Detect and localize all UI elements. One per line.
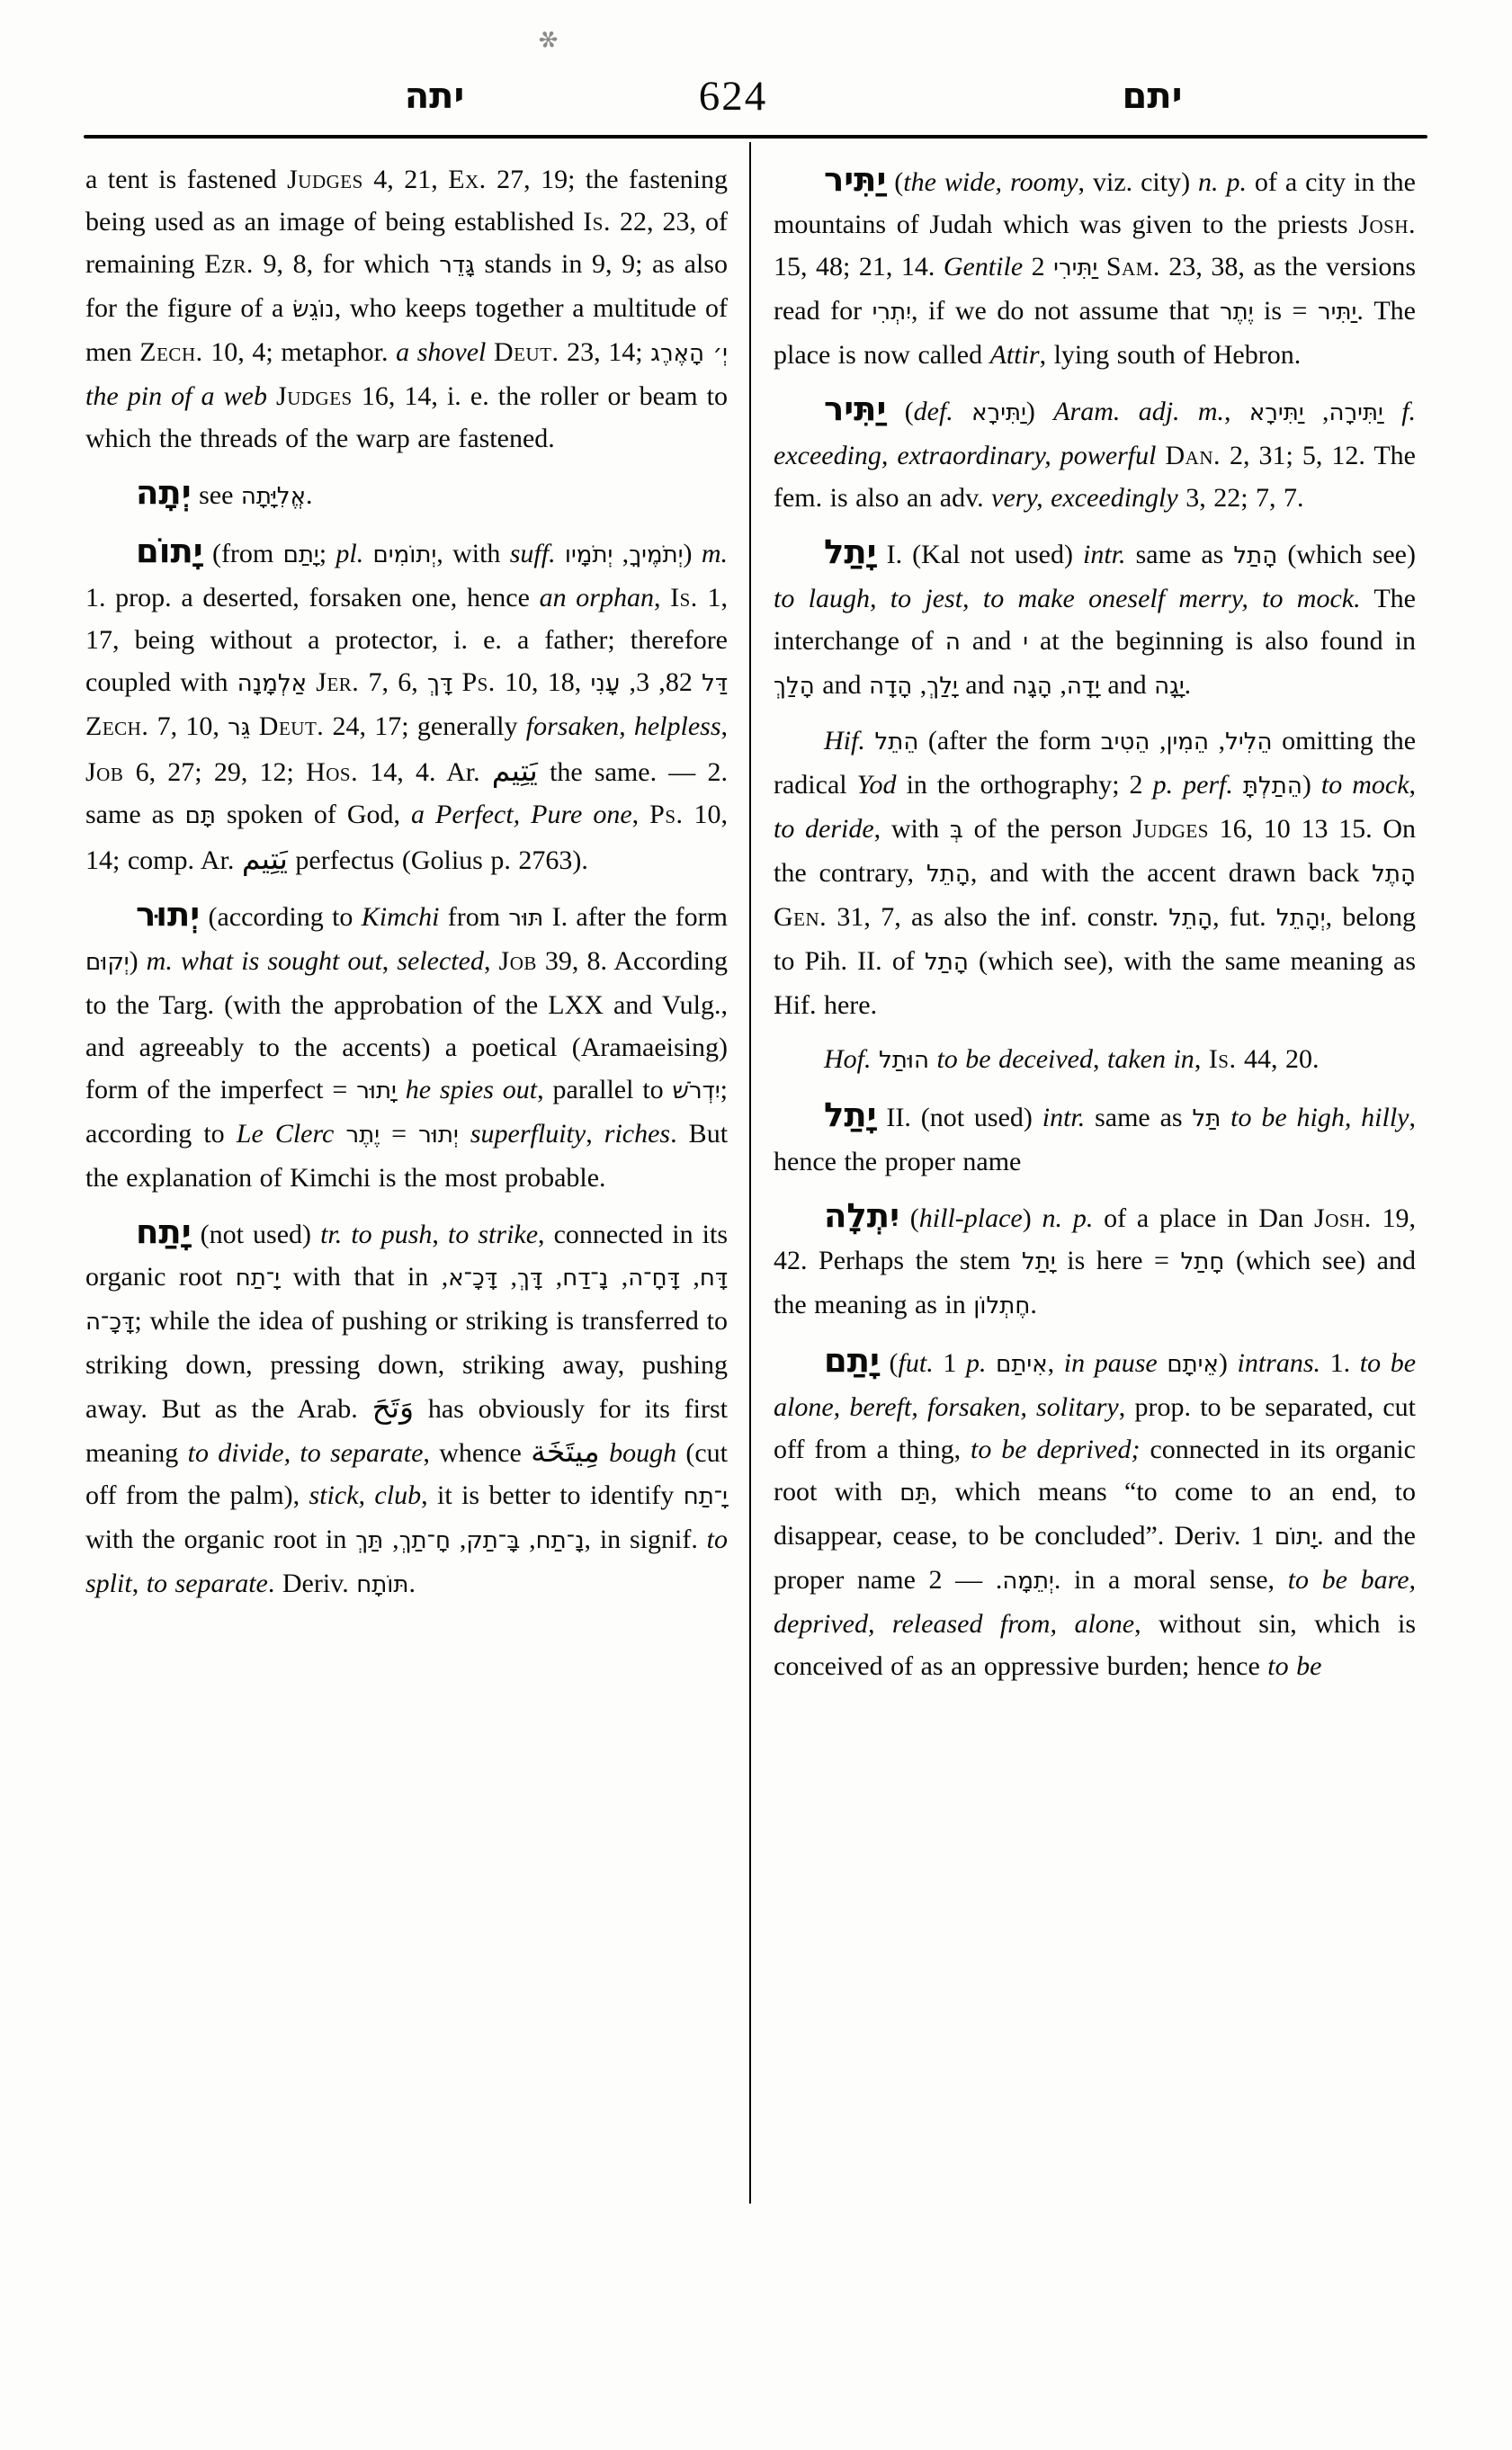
body-text: 7, 6, <box>359 667 427 697</box>
italic-text: to strike <box>448 1220 538 1249</box>
body-text: spoken of God, <box>216 800 411 829</box>
hebrew-headword: יָתוֹם <box>136 532 203 570</box>
body-text <box>1156 441 1165 470</box>
body-text: is here = <box>1056 1246 1181 1275</box>
body-text: 82, 3, <box>620 667 702 697</box>
body-text: . Deriv. <box>268 1569 356 1598</box>
italic-text: m. <box>702 539 728 568</box>
body-text: , <box>451 1525 466 1554</box>
body-text <box>321 1438 330 1468</box>
hebrew-text: יְתוֹמִים <box>373 541 437 568</box>
body-text: = <box>380 1119 418 1149</box>
body-text: from <box>439 902 508 932</box>
hebrew-text: יְהָתֵל <box>1276 905 1326 932</box>
body-text: , <box>1304 397 1329 426</box>
entry-paragraph: יָתַל II. (not used) intr. same as תַּל … <box>774 1094 1416 1183</box>
hebrew-text: אַלְמָנָה <box>237 670 307 697</box>
italic-text: Gentile <box>944 252 1023 282</box>
body-text: , <box>132 1569 147 1598</box>
hebrew-text: הָתֶל <box>1372 861 1416 888</box>
body-text: , <box>632 800 650 829</box>
body-text: at the beginning is also found in <box>1028 626 1416 656</box>
italic-text: intr. <box>1042 1103 1086 1132</box>
body-text: see <box>192 480 241 510</box>
hebrew-text: הֵתַלְתָּ <box>1243 773 1302 800</box>
body-text: , <box>1048 1348 1064 1378</box>
hebrew-text: ה <box>945 629 961 656</box>
italic-text: to be deprived; <box>971 1435 1140 1464</box>
body-text: ) <box>1302 770 1321 800</box>
body-text: , with <box>436 539 509 568</box>
body-text: , <box>432 1220 448 1249</box>
body-text <box>173 946 181 976</box>
reference-abbrev: Josh. <box>1358 210 1416 239</box>
body-text: perfectus (Golius p. 2763). <box>288 845 588 875</box>
entry-paragraph: יַתִּיר (def. יַתִּירָא) Aram. adj. m., … <box>774 388 1416 519</box>
hebrew-text: הָדָה <box>869 673 912 700</box>
hebrew-text: אִיתַם <box>996 1351 1048 1378</box>
reference-abbrev: Deut. <box>494 337 559 367</box>
body-text: 10, 18, <box>496 667 591 697</box>
italic-text: pl. <box>336 539 363 568</box>
hebrew-text: דָּךְ <box>517 1265 542 1292</box>
italic-text: intrans. <box>1237 1348 1320 1378</box>
italic-text: superfluity <box>470 1119 586 1149</box>
hebrew-text: יִדְרֹשׁ <box>673 1077 720 1104</box>
arabic-text: يَتِيم <box>242 841 288 876</box>
hebrew-text: תַּם <box>899 1480 930 1507</box>
entry-paragraph: יָתַם (fut. 1 p. אִיתַם, in pause אֵיתָם… <box>774 1339 1416 1687</box>
body-text: , <box>680 1262 700 1292</box>
body-text: , <box>520 1525 535 1554</box>
body-text: , whence <box>423 1438 531 1468</box>
hebrew-text: יְתֹמָיו <box>565 541 613 568</box>
hebrew-text: יָגָה <box>1154 673 1185 700</box>
body-text: , <box>1093 1044 1107 1074</box>
body-text: and <box>1100 670 1154 700</box>
body-text: 7, 10, <box>148 711 228 741</box>
body-text: . — 2. in a moral sense, <box>929 1565 1288 1595</box>
hebrew-text: הֵמִין <box>1166 729 1209 756</box>
body-text <box>342 1220 351 1249</box>
body-text: same as <box>1085 1103 1192 1132</box>
italic-text: to divide, to <box>188 1438 321 1468</box>
italic-text: what is sought out <box>181 946 382 976</box>
body-text: II. (not used) <box>877 1103 1042 1132</box>
body-text: , it is better to identify <box>421 1480 684 1510</box>
body-text <box>363 539 372 568</box>
italic-text: very, exceedingly <box>991 483 1178 513</box>
body-text: of the person <box>963 814 1132 844</box>
hebrew-text: תַּךְ <box>355 1527 383 1554</box>
body-text: , <box>586 1119 604 1149</box>
italic-text: n. p. <box>1042 1203 1094 1233</box>
hebrew-text: יְ׳ הָאֶרֶג <box>650 340 728 367</box>
body-text <box>1233 770 1243 800</box>
body-text: 3, 22; 7, 7. <box>1178 483 1304 513</box>
body-text: , <box>613 539 629 568</box>
italic-text: in pause <box>1064 1348 1158 1378</box>
reference-abbrev: Ezr. <box>204 249 254 279</box>
italic-text: Kimchi <box>362 902 440 932</box>
body-text: , parallel to <box>537 1075 672 1104</box>
hebrew-text: יִתְרִי <box>872 299 911 326</box>
body-text: (according to <box>200 902 362 932</box>
hebrew-text: יָדָה <box>1067 673 1100 700</box>
arabic-text: وَتَحَ <box>372 1390 414 1425</box>
body-text: , viz. city) <box>1078 167 1198 197</box>
entry-paragraph: Hif. הֵתֵל (after the form הֵלִיל, הֵמִי… <box>774 720 1416 1026</box>
italic-text: bough <box>609 1438 676 1468</box>
entry-paragraph: Hof. הוּתַל to be deceived, taken in, Is… <box>774 1038 1416 1082</box>
body-text <box>397 1075 406 1104</box>
reference-abbrev: Sam. <box>1106 252 1160 282</box>
italic-text: to mock <box>1321 770 1409 800</box>
body-text: 24, 17; generally <box>324 711 526 741</box>
body-text: I. after the form <box>543 902 728 932</box>
reference-abbrev: Judges <box>287 165 363 194</box>
body-text: ( <box>880 1348 899 1378</box>
body-text: is = <box>1254 296 1318 326</box>
hebrew-text: הֵטִיב <box>1101 729 1150 756</box>
reference-abbrev: Job <box>499 946 537 976</box>
reference-abbrev: Zech. <box>85 711 148 741</box>
body-text: . <box>1185 670 1192 700</box>
italic-text: to laugh, to jest, to make oneself merry… <box>774 584 1361 613</box>
italic-text: to be deceived <box>936 1044 1093 1074</box>
body-text: and <box>958 670 1012 700</box>
italic-text: separate <box>330 1438 423 1468</box>
body-text: , <box>497 1262 517 1292</box>
hebrew-text: יָתַם <box>283 541 319 568</box>
hebrew-text: הֵלִיל <box>1225 729 1272 756</box>
body-text <box>459 1119 470 1149</box>
body-text: in the orthography; 2 <box>897 770 1153 800</box>
body-text: , if we do not assume that <box>911 296 1220 326</box>
body-text <box>1023 252 1032 282</box>
hebrew-text: הָתַל <box>925 949 969 976</box>
body-text: , <box>912 670 926 700</box>
body-text: (which see) <box>1277 540 1416 569</box>
italic-text: p. perf. <box>1153 770 1233 800</box>
hebrew-text: הָתֵל <box>926 861 971 888</box>
reference-abbrev: Zech. <box>139 337 202 367</box>
body-text <box>307 667 316 697</box>
italic-text: n. p. <box>1198 167 1247 197</box>
body-text <box>1383 397 1401 426</box>
body-text: (after the form <box>918 726 1100 756</box>
hebrew-headword: יִתְלָה <box>824 1196 899 1235</box>
body-text: (from <box>203 539 283 568</box>
body-text: , <box>1150 726 1166 756</box>
hebrew-text: דַּל <box>702 670 728 697</box>
reference-abbrev: Is. <box>670 583 698 612</box>
hebrew-text: דָּחָ־ה <box>628 1265 680 1292</box>
body-text: ) <box>1219 1348 1238 1378</box>
body-text: , fut. <box>1212 902 1276 932</box>
hebrew-text: יְתוּר <box>418 1122 459 1149</box>
hebrew-text: הָתֵל <box>1168 905 1212 932</box>
hebrew-text: יַתִּירָה <box>1329 399 1382 426</box>
left-column: a tent is fastened Judges 4, 21, Ex. 27,… <box>85 158 728 1618</box>
body-text: ( <box>886 167 903 197</box>
hebrew-text: יַתִּירָא <box>971 399 1026 426</box>
reference-abbrev: Jer. <box>316 667 359 697</box>
body-text: 23, 14; <box>559 337 651 367</box>
body-text: 1. prop. a deserted, forsaken one, hence <box>85 583 540 612</box>
body-text: . <box>408 1569 416 1598</box>
running-head-left-word: יתה <box>405 65 465 128</box>
hebrew-text: עָנִי <box>591 670 621 697</box>
reference-abbrev: Is. <box>1209 1044 1237 1074</box>
italic-text: an orphan <box>540 583 654 612</box>
hebrew-text: אֵיתָם <box>1167 1351 1219 1378</box>
body-text: ( <box>899 1203 919 1233</box>
hebrew-headword: יָתַח <box>136 1212 192 1251</box>
right-column: יַתִּיר (the wide, roomy, viz. city) n. … <box>774 158 1416 1699</box>
italic-text: def. <box>914 397 953 426</box>
italic-text: the pin of a web <box>85 381 267 411</box>
body-text: , <box>484 946 499 976</box>
italic-text: to separate <box>147 1569 268 1598</box>
body-text: , lying south of Hebron. <box>1040 340 1302 370</box>
body-text: and <box>815 670 869 700</box>
arabic-text: يَتِيم <box>492 753 538 788</box>
reference-abbrev: Deut. <box>259 711 325 741</box>
entry-paragraph: יָתַח (not used) tr. to push, to strike,… <box>85 1211 728 1606</box>
entry-paragraph: יִתְלָה (hill-place) n. p. of a place in… <box>774 1194 1416 1328</box>
body-text: 10, 4; metaphor. <box>203 337 396 367</box>
hebrew-text: תּוּר <box>508 905 543 932</box>
italic-text: to deride <box>774 814 874 844</box>
body-text <box>251 711 259 741</box>
hebrew-text: דָּךְ <box>427 670 452 697</box>
hebrew-text: תָּם <box>185 802 216 829</box>
italic-text: stick, club <box>309 1480 422 1510</box>
italic-text: Aram. adj. m. <box>1053 397 1224 426</box>
hebrew-text: אֱלִיָּתָה <box>241 483 306 510</box>
body-text <box>1158 1348 1168 1378</box>
body-text: 14, 4. Ar. <box>358 757 492 787</box>
body-text: with the organic root in <box>85 1525 355 1554</box>
body-text: I. (Kal not used) <box>877 540 1083 569</box>
reference-abbrev: Job <box>85 757 123 787</box>
body-text: , <box>608 1262 628 1292</box>
hebrew-headword: יַתִּיר <box>824 389 886 428</box>
hebrew-text: תַּל <box>1192 1105 1221 1132</box>
entry-paragraph: יְתוּר (according to Kimchi from תּוּר I… <box>85 893 728 1199</box>
italic-text: the wide, roomy <box>903 167 1078 197</box>
reference-abbrev: Judges <box>276 381 353 411</box>
body-text <box>334 1119 345 1149</box>
reference-abbrev: Ex. <box>448 165 487 194</box>
hebrew-text: יַתִּיר <box>1318 299 1356 326</box>
hebrew-text: יֶתֶר <box>345 1122 380 1149</box>
body-text: , <box>1052 670 1067 700</box>
body-text: ) <box>684 539 702 568</box>
body-text: 4, 21, <box>363 165 448 194</box>
hebrew-text: יְתֹמֶיךָ <box>629 541 683 568</box>
body-text: , <box>542 1262 562 1292</box>
print-ornament: ✻ <box>532 24 562 58</box>
hebrew-text: יָתוּר <box>356 1077 397 1104</box>
body-text: and <box>961 626 1023 656</box>
italic-text: Attir <box>990 340 1040 370</box>
body-text: 6, 27; 29, 12; <box>123 757 306 787</box>
hebrew-text: גֵּר <box>228 714 250 741</box>
hebrew-text: הָלַךְ <box>774 673 815 700</box>
hebrew-text: הוּתַל <box>879 1047 929 1074</box>
column-divider <box>749 142 751 2204</box>
reference-abbrev: Hos. <box>306 757 358 787</box>
body-text <box>452 667 461 697</box>
body-text: 9, 8, for which <box>254 249 439 279</box>
reference-abbrev: Judges <box>1132 814 1209 844</box>
body-text: . <box>1030 1290 1037 1319</box>
body-text: , <box>382 946 398 976</box>
reference-abbrev: Josh. <box>1314 1203 1372 1233</box>
hebrew-text: יַתִּירָא <box>1249 399 1304 426</box>
hebrew-text: תּוֹתָח <box>356 1571 408 1598</box>
entry-paragraph: יְתָה see אֱלִיָּתָה. <box>85 471 728 518</box>
hebrew-text: יְקוּם <box>85 949 130 976</box>
hebrew-headword: יַתִּיר <box>824 160 886 199</box>
hebrew-headword: יָתַל <box>824 1095 877 1134</box>
hebrew-headword: יָתַל <box>824 532 877 571</box>
reference-abbrev: Ps. <box>649 800 683 829</box>
hebrew-text: חֶתְלוֹן <box>973 1292 1030 1319</box>
italic-text: to push <box>351 1220 432 1249</box>
hebrew-text: גָּדֵר <box>439 252 475 279</box>
body-text <box>267 381 276 411</box>
body-text <box>556 539 565 568</box>
body-text: , <box>1409 770 1417 800</box>
body-text: with that in <box>280 1262 442 1292</box>
italic-text: taken in <box>1107 1044 1194 1074</box>
italic-text: p. <box>966 1348 987 1378</box>
body-text: a tent is fastened <box>85 165 287 194</box>
body-text: ) <box>1023 1203 1042 1233</box>
body-text <box>1221 1103 1230 1132</box>
italic-text: he spies out <box>406 1075 537 1104</box>
body-text: ; <box>319 539 336 568</box>
body-text: , with <box>874 814 950 844</box>
hebrew-text: בְּ <box>950 817 963 844</box>
entry-paragraph: יַתִּיר (the wide, roomy, viz. city) n. … <box>774 158 1416 376</box>
italic-text: fut. <box>899 1348 934 1378</box>
hebrew-text: יָתוֹם <box>1275 1524 1317 1551</box>
hebrew-text: בָּ־תַק <box>466 1527 520 1554</box>
hebrew-text: הָגָה <box>1012 673 1052 700</box>
body-text: , and with the accent drawn back <box>971 858 1372 888</box>
body-text: ) <box>130 946 147 976</box>
hebrew-text: נָ־תַח <box>536 1527 585 1554</box>
running-head: יתה 624 יתם <box>0 65 1512 128</box>
body-text: . <box>306 480 313 510</box>
body-text <box>865 726 875 756</box>
body-text: same as <box>1126 540 1234 569</box>
body-text: , <box>1224 397 1249 426</box>
hebrew-text: נוֹגֵשׂ <box>292 296 335 323</box>
italic-text: forsaken, helpless <box>526 711 721 741</box>
lexicon-page: ✻ יתה 624 יתם a tent is fastened Judges … <box>0 0 1512 2450</box>
hebrew-text: דָּכָ־א <box>448 1265 497 1292</box>
italic-text: tr. <box>320 1220 342 1249</box>
body-text: , <box>1194 1044 1209 1074</box>
hebrew-text: חָ־תַךְ <box>399 1527 451 1554</box>
body-text: 15, 48; 21, 14. <box>774 252 944 282</box>
italic-text: selected <box>397 946 484 976</box>
hebrew-text: הֵתֵל <box>874 729 918 756</box>
hebrew-text: יָתַל <box>1022 1248 1056 1275</box>
entry-paragraph: יָתַל I. (Kal not used) intr. same as הָ… <box>774 531 1416 708</box>
page-number: 624 <box>699 65 768 128</box>
italic-text: to be <box>1267 1651 1321 1681</box>
body-text: (not used) <box>192 1220 321 1249</box>
body-text: , <box>383 1525 398 1554</box>
body-text: 44, 20. <box>1236 1044 1319 1074</box>
body-text: 1. <box>1320 1348 1360 1378</box>
hebrew-text: יַתִּירִי <box>1053 255 1097 282</box>
hebrew-text: יֶתֶר <box>1220 299 1254 326</box>
hebrew-text: דָּח <box>700 1265 728 1292</box>
reference-abbrev: Is. <box>583 207 611 237</box>
italic-text: suff. <box>510 539 556 568</box>
italic-text: Hof. <box>824 1044 872 1074</box>
body-text <box>986 1348 996 1378</box>
hebrew-text: חָתַל <box>1181 1248 1225 1275</box>
body-text: , in signif. <box>585 1525 707 1554</box>
body-text <box>872 1044 880 1074</box>
body-text: 31, 7, as also the inf. constr. <box>827 902 1168 932</box>
italic-text: a shovel <box>396 337 486 367</box>
body-text: , <box>721 711 729 741</box>
italic-text: hill-place <box>919 1203 1023 1233</box>
italic-text: to be high, hilly <box>1230 1103 1409 1132</box>
hebrew-text: דָּכָ־ה <box>85 1309 134 1336</box>
hebrew-text: יָלַךְ <box>926 673 958 700</box>
body-text: ) <box>1026 397 1053 426</box>
body-text <box>953 397 971 426</box>
entry-paragraph: a tent is fastened Judges 4, 21, Ex. 27,… <box>85 158 728 460</box>
header-rule <box>84 135 1427 139</box>
italic-text: Le Clerc <box>237 1119 335 1149</box>
italic-text: a Perfect, Pure one <box>411 800 632 829</box>
body-text: , <box>654 583 670 612</box>
arabic-text: مِيتَخَة <box>531 1434 600 1469</box>
italic-text: Hif. <box>824 726 865 756</box>
hebrew-text: יָ־תַח <box>236 1265 280 1292</box>
body-text: of a place in Dan <box>1093 1203 1314 1233</box>
italic-text: Yod <box>857 770 897 800</box>
italic-text: m. <box>147 946 173 976</box>
hebrew-headword: יָתַם <box>824 1341 880 1380</box>
italic-text: intr. <box>1083 540 1126 569</box>
running-head-right-word: יתם <box>1123 65 1183 128</box>
hebrew-text: יְתֵמָה <box>1002 1568 1054 1595</box>
hebrew-text: נָ־דַח <box>562 1265 608 1292</box>
entry-paragraph: יָתוֹם (from יָתַם; pl. יְתוֹמִים, with … <box>85 530 728 881</box>
hebrew-headword: יְתָה <box>136 473 192 512</box>
reference-abbrev: Ps. <box>461 667 495 697</box>
reference-abbrev: Gen. <box>774 902 827 932</box>
body-text: 1 <box>934 1348 966 1378</box>
hebrew-headword: יְתוּר <box>136 895 200 934</box>
body-text: , <box>1209 726 1225 756</box>
italic-text: riches <box>604 1119 670 1149</box>
body-text: ( <box>886 397 913 426</box>
body-text <box>486 337 494 367</box>
